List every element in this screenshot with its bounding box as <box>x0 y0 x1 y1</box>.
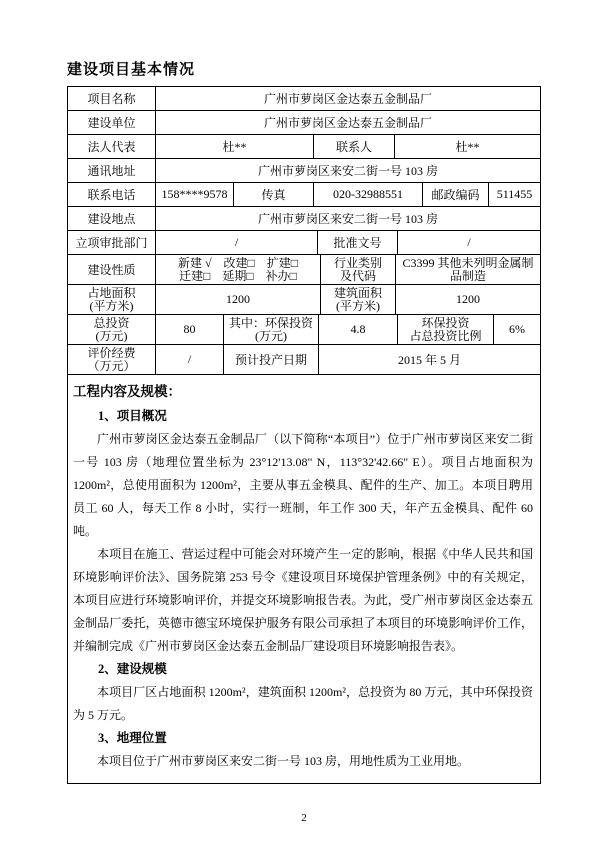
table-row-postal-address: 通讯地址 广州市萝岗区来安二街一号 103 房 <box>68 159 541 183</box>
table-row-construction-unit: 建设单位 广州市萝岗区金达泰五金制品厂 <box>68 111 541 135</box>
section-heading-scale: 2、建设规模 <box>73 658 533 681</box>
env-investment-label-line2: (万元) <box>255 330 287 343</box>
env-ratio-label-line1: 环保投资 <box>421 317 469 330</box>
env-ratio-value: 6% <box>494 315 541 345</box>
env-investment-label-line1: 其中：环保投资 <box>229 317 313 330</box>
page-number: 2 <box>67 812 541 824</box>
project-content-box: 工程内容及规模： 1、项目概况 广州市萝岗区金达泰五金制品厂（以下简称“本项目”… <box>67 375 541 784</box>
env-investment-value: 4.8 <box>319 315 398 345</box>
table-row-eval-fee: 评价经费 （万元） / 预计投产日期 2015 年 5 月 <box>68 345 541 375</box>
industry-label-line2: 及代码 <box>340 270 376 283</box>
nature-checkboxes: 新建 √ 改建□ 扩建□ 迁建□ 延期□ 补办□ <box>156 255 321 285</box>
building-area-label-line1: 建筑面积 <box>334 287 382 300</box>
fax-value: 020-32988551 <box>314 183 423 207</box>
construction-unit-value: 广州市萝岗区金达泰五金制品厂 <box>156 111 541 135</box>
postcode-value: 511455 <box>489 183 541 207</box>
contact-person-value: 杜** <box>395 135 541 159</box>
contact-person-label: 联系人 <box>314 135 395 159</box>
land-area-label-line2: (平方米) <box>90 300 134 313</box>
postal-address-label: 通讯地址 <box>68 159 156 183</box>
env-ratio-label: 环保投资 占总投资比例 <box>398 315 494 345</box>
table-row-investment: 总投资 (万元) 80 其中：环保投资 (万元) 4.8 环保投资 占总投资比例… <box>68 315 541 345</box>
paragraph-overview-1: 广州市萝岗区金达泰五金制品厂（以下简称“本项目”）位于广州市萝岗区来安二街一号 … <box>73 428 533 543</box>
industry-label: 行业类别 及代码 <box>321 255 396 285</box>
approval-no-value: / <box>398 231 541 255</box>
approval-dept-label: 立项审批部门 <box>68 231 156 255</box>
production-date-label: 预计投产日期 <box>224 345 319 375</box>
nature-line2: 迁建□ 延期□ 补办□ <box>179 270 297 283</box>
project-name-label: 项目名称 <box>68 87 156 111</box>
construction-unit-label: 建设单位 <box>68 111 156 135</box>
land-area-label: 占地面积 (平方米) <box>68 285 156 315</box>
table-row-approval: 立项审批部门 / 批准文号 / <box>68 231 541 255</box>
site-label: 建设地点 <box>68 207 156 231</box>
nature-line1: 新建 √ 改建□ 扩建□ <box>178 257 298 270</box>
content-heading: 工程内容及规模： <box>73 379 533 405</box>
approval-no-label: 批准文号 <box>318 231 398 255</box>
env-ratio-label-line2: 占总投资比例 <box>409 330 481 343</box>
document-page: 建设项目基本情况 项目名称 广州市萝岗区金达泰五金制品厂 建设单位 广州市萝岗区… <box>0 0 595 842</box>
basic-info-table: 项目名称 广州市萝岗区金达泰五金制品厂 建设单位 广州市萝岗区金达泰五金制品厂 … <box>67 86 541 375</box>
eval-fee-label: 评价经费 （万元） <box>68 345 156 375</box>
paragraph-location-1: 本项目位于广州市萝岗区来安二街一号 103 房，用地性质为工业用地。 <box>73 750 533 773</box>
paragraph-scale-1: 本项目厂区占地面积 1200m²，建筑面积 1200m²，总投资为 80 万元，… <box>73 681 533 727</box>
paragraph-overview-2: 本项目在施工、营运过程中可能会对环境产生一定的影响，根据《中华人民共和国环境影响… <box>73 543 533 658</box>
total-investment-label: 总投资 (万元) <box>68 315 156 345</box>
env-investment-label: 其中：环保投资 (万元) <box>224 315 319 345</box>
total-investment-label-line2: (万元) <box>96 330 128 343</box>
legal-rep-label: 法人代表 <box>68 135 156 159</box>
land-area-value: 1200 <box>156 285 321 315</box>
building-area-label: 建筑面积 (平方米) <box>321 285 396 315</box>
table-row-nature-industry: 建设性质 新建 √ 改建□ 扩建□ 迁建□ 延期□ 补办□ 行业类别 及代码 C… <box>68 255 541 285</box>
eval-fee-label-line1: 评价经费 <box>87 347 135 360</box>
phone-value: 158****9578 <box>156 183 234 207</box>
industry-value: C3399 其他未列明金属制品制造 <box>396 255 541 285</box>
nature-label: 建设性质 <box>68 255 156 285</box>
fax-label: 传真 <box>234 183 314 207</box>
industry-label-line1: 行业类别 <box>334 257 382 270</box>
table-row-site: 建设地点 广州市萝岗区来安二街一号 103 房 <box>68 207 541 231</box>
table-row-project-name: 项目名称 广州市萝岗区金达泰五金制品厂 <box>68 87 541 111</box>
project-name-value: 广州市萝岗区金达泰五金制品厂 <box>156 87 541 111</box>
section-heading-location: 3、地理位置 <box>73 727 533 750</box>
total-investment-value: 80 <box>156 315 224 345</box>
land-area-label-line1: 占地面积 <box>87 287 135 300</box>
eval-fee-value: / <box>156 345 224 375</box>
content-area: 建设项目基本情况 项目名称 广州市萝岗区金达泰五金制品厂 建设单位 广州市萝岗区… <box>67 0 541 824</box>
postcode-label: 邮政编码 <box>423 183 489 207</box>
total-investment-label-line1: 总投资 <box>93 317 129 330</box>
building-area-value: 1200 <box>396 285 541 315</box>
phone-label: 联系电话 <box>68 183 156 207</box>
production-date-value: 2015 年 5 月 <box>319 345 541 375</box>
section-title: 建设项目基本情况 <box>67 58 541 79</box>
table-row-phone: 联系电话 158****9578 传真 020-32988551 邮政编码 51… <box>68 183 541 207</box>
table-row-legal-rep: 法人代表 杜** 联系人 杜** <box>68 135 541 159</box>
table-row-areas: 占地面积 (平方米) 1200 建筑面积 (平方米) 1200 <box>68 285 541 315</box>
site-value: 广州市萝岗区来安二街一号 103 房 <box>156 207 541 231</box>
approval-dept-value: / <box>156 231 318 255</box>
section-heading-overview: 1、项目概况 <box>73 405 533 428</box>
eval-fee-label-line2: （万元） <box>87 360 135 373</box>
legal-rep-value: 杜** <box>156 135 314 159</box>
postal-address-value: 广州市萝岗区来安二街一号 103 房 <box>156 159 541 183</box>
building-area-label-line2: (平方米) <box>336 300 380 313</box>
